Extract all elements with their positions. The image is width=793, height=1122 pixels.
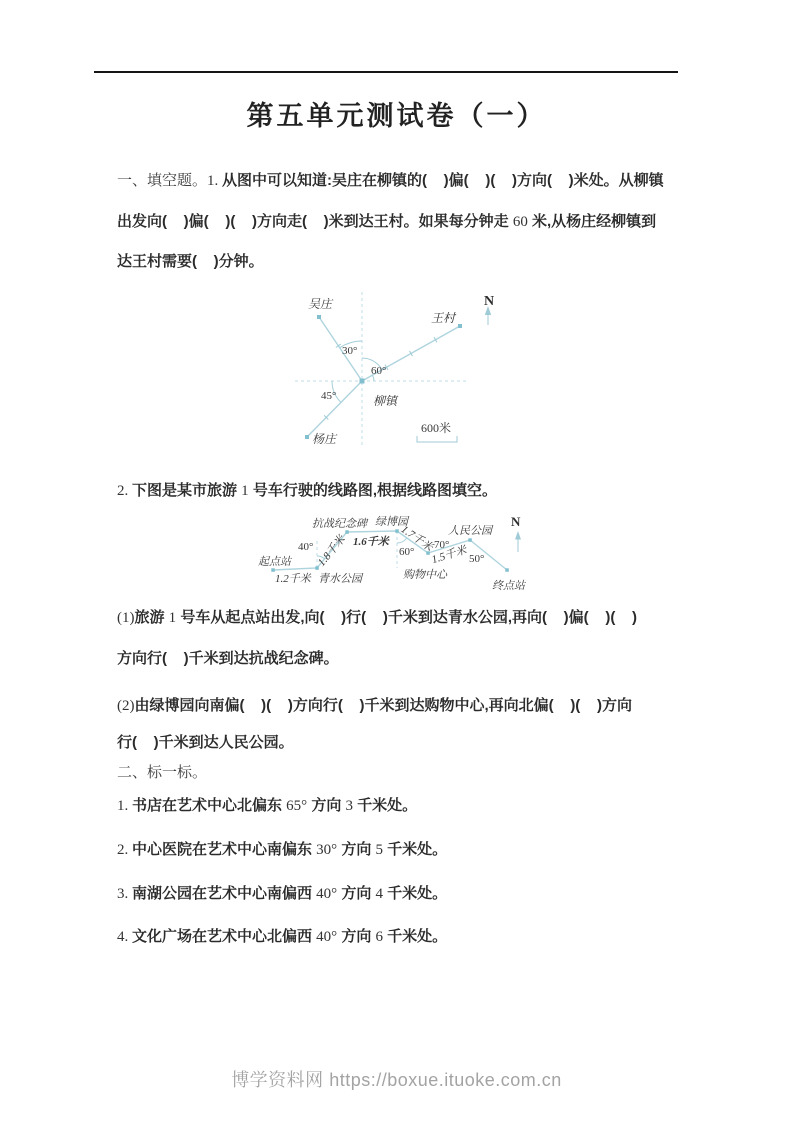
text-segment: 千米处。 xyxy=(383,841,447,858)
label-end: 终点站 xyxy=(492,579,527,592)
distance-1-2km: 1.2千米 xyxy=(275,572,312,585)
distance-1-6km: 1.6千米 xyxy=(353,535,391,548)
label-memorial: 抗战纪念碑 xyxy=(312,517,369,530)
worksheet-page: 第五单元测试卷（一） 一、填空题。1. 从图中可以知道:吴庄在柳镇的( )偏( … xyxy=(0,0,793,1122)
point-start xyxy=(271,568,275,572)
text-segment: 从图中可以知道:吴庄在柳镇的( )偏( )( )方向( )米处。从柳镇 xyxy=(222,172,664,189)
text-line-q1c: 达王村需要( )分钟。 xyxy=(117,252,682,272)
text-segment: 千米处。 xyxy=(383,928,447,945)
text-line-mark1: 1. 书店在艺术中心北偏东 65° 方向 3 千米处。 xyxy=(117,796,682,816)
text-segment: 方向 xyxy=(337,885,375,902)
text-segment: 出发向( )偏( )( )方向走( )米到达王村。如果每分钟走 xyxy=(117,213,513,230)
text-segment: 旅游 xyxy=(135,609,169,626)
text-line-mark4: 4. 文化广场在艺术中心北偏西 40° 方向 6 千米处。 xyxy=(117,927,682,947)
point-qingshui xyxy=(315,566,319,570)
text-segment: 南湖公园在艺术中心南偏西 xyxy=(132,885,316,902)
text-segment: (2) xyxy=(117,698,135,714)
text-segment: 30° xyxy=(316,842,337,858)
text-segment: 40° xyxy=(316,886,337,902)
text-segment: 3 xyxy=(346,798,354,814)
text-segment: 千米处。 xyxy=(383,885,447,902)
text-segment: 达王村需要( )分钟。 xyxy=(117,253,264,270)
text-line-mark3: 3. 南湖公园在艺术中心南偏西 40° 方向 4 千米处。 xyxy=(117,884,682,904)
north-arrowhead-icon xyxy=(515,531,521,540)
text-segment: 方向 xyxy=(337,841,375,858)
text-line-q1a: 一、填空题。1. 从图中可以知道:吴庄在柳镇的( )偏( )( )方向( )米处… xyxy=(117,171,682,191)
map-diagram-towns: 吴庄 王村 柳镇 杨庄 30° 60° 45° N 600米 xyxy=(285,288,510,450)
point-liuzhen xyxy=(360,379,365,384)
text-line-q1b: 出发向( )偏( )( )方向走( )米到达王村。如果每分钟走 60 米,从杨庄… xyxy=(117,212,682,232)
text-segment: 方向行( )千米到达抗战纪念碑。 xyxy=(117,650,339,667)
text-segment: 1 xyxy=(241,483,249,499)
text-segment: 米,从杨庄经柳镇到 xyxy=(528,213,656,230)
text-line-q2-2b: 行( )千米到达人民公园。 xyxy=(117,733,682,753)
text-segment: 60 xyxy=(513,214,528,230)
point-renmin xyxy=(468,538,472,542)
text-line-mark2: 2. 中心医院在艺术中心南偏东 30° 方向 5 千米处。 xyxy=(117,840,682,860)
text-segment: 1. xyxy=(117,798,132,814)
footer-watermark: 博学资料网 https://boxue.ituoke.com.cn xyxy=(0,1066,793,1092)
text-segment: 方向 xyxy=(307,797,345,814)
label-qingshui: 青水公园 xyxy=(318,572,364,585)
text-segment: 书店在艺术中心北偏东 xyxy=(132,797,286,814)
text-line-q2-1b: 方向行( )千米到达抗战纪念碑。 xyxy=(117,649,682,669)
label-wuzhuang: 吴庄 xyxy=(308,297,334,311)
label-start: 起点站 xyxy=(258,555,293,568)
text-segment: 3. xyxy=(117,886,132,902)
angle-label-40: 40° xyxy=(298,541,313,553)
text-line-q2: 2. 下图是某市旅游 1 号车行驶的线路图,根据线路图填空。 xyxy=(117,481,682,501)
north-label: N xyxy=(484,294,494,309)
point-wuzhuang xyxy=(317,315,321,319)
angle-label-30: 30° xyxy=(342,345,357,357)
text-line-q2-1a: (1)旅游 1 号车从起点站出发,向( )行( )千米到达青水公园,再向( )偏… xyxy=(117,608,682,628)
text-segment: 4. xyxy=(117,929,132,945)
angle-arc-60 xyxy=(397,538,407,543)
text-segment: 中心医院在艺术中心南偏东 xyxy=(132,841,316,858)
point-yangzhuang xyxy=(305,435,309,439)
text-segment: 文化广场在艺术中心北偏西 xyxy=(132,928,316,945)
north-label: N xyxy=(511,514,521,529)
scale-label: 600米 xyxy=(421,420,451,435)
label-wangcun: 王村 xyxy=(431,311,457,325)
text-segment: 方向 xyxy=(337,928,375,945)
label-yangzhuang: 杨庄 xyxy=(312,432,338,446)
text-segment: 一、填空题。 xyxy=(117,173,207,189)
text-segment: 6 xyxy=(376,929,384,945)
header-rule xyxy=(94,71,678,73)
text-segment: 下图是某市旅游 xyxy=(132,482,241,499)
page-title: 第五单元测试卷（一） xyxy=(0,94,793,133)
scale-bar xyxy=(417,436,457,442)
text-segment: 号车从起点站出发,向( )行( )千米到达青水公园,再向( )偏( )( ) xyxy=(176,609,637,626)
angle-label-60: 60° xyxy=(371,365,386,377)
label-liuzhen: 柳镇 xyxy=(373,394,399,408)
point-end xyxy=(505,568,509,572)
text-line-q2-2a: (2)由绿博园向南偏( )( )方向行( )千米到达购物中心,再向北偏( )( … xyxy=(117,696,682,716)
text-segment: 65° xyxy=(286,798,307,814)
text-segment: 二、标一标。 xyxy=(117,765,207,781)
text-segment: 2. xyxy=(117,483,132,499)
label-renmin: 人民公园 xyxy=(448,524,494,537)
angle-label-50: 50° xyxy=(469,553,484,565)
angle-label-45: 45° xyxy=(321,390,336,402)
text-segment: 号车行驶的线路图,根据线路图填空。 xyxy=(249,482,497,499)
label-shopping: 购物中心 xyxy=(403,568,449,581)
text-segment: 5 xyxy=(376,842,384,858)
point-memorial xyxy=(345,530,349,534)
text-segment: 40° xyxy=(316,929,337,945)
distance-1-8km: 1.8千米 xyxy=(315,532,349,569)
text-segment: 1. xyxy=(207,173,222,189)
text-segment: (1) xyxy=(117,610,135,626)
text-segment: 行( )千米到达人民公园。 xyxy=(117,734,294,751)
text-segment: 2. xyxy=(117,842,132,858)
text-segment: 4 xyxy=(376,886,384,902)
text-segment: 千米处。 xyxy=(353,797,417,814)
text-segment: 由绿博园向南偏( )( )方向行( )千米到达购物中心,再向北偏( )( )方向 xyxy=(135,697,632,714)
angle-label-60: 60° xyxy=(399,546,414,558)
map-diagram-bus-route: 起点站 1.2千米 青水公园 40° 1.8千米 抗战纪念碑 1.6千米 绿博园… xyxy=(250,512,540,602)
point-wangcun xyxy=(458,324,462,328)
section-2-heading: 二、标一标。 xyxy=(117,763,682,783)
